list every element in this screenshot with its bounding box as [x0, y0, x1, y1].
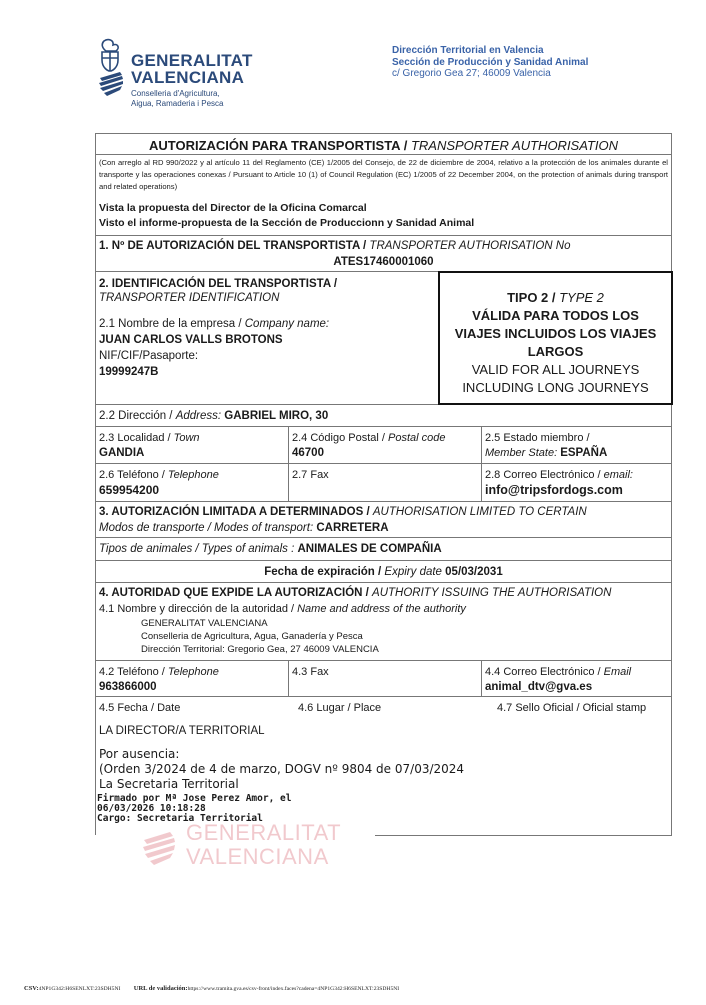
phone-label-es: 2.6 Teléfono /	[99, 469, 168, 481]
phone-cell: 2.6 Teléfono / Telephone 659954200	[96, 464, 289, 501]
town-row: 2.3 Localidad / Town GANDIA 2.4 Código P…	[95, 427, 672, 464]
authority-contact-row: 4.2 Teléfono / Telephone 963866000 4.3 F…	[95, 661, 672, 697]
member-state-cell: 2.5 Estado miembro / Member State: ESPAÑ…	[482, 427, 671, 463]
section-3-heading-es: 3. AUTORIZACIÓN LIMITADA A DETERMINADOS …	[99, 506, 373, 518]
section-4: 4. AUTORIDAD QUE EXPIDE LA AUTORIZACIÓN …	[95, 583, 672, 661]
section-1: 1. Nº DE AUTORIZACIÓN DEL TRANSPORTISTA …	[95, 236, 672, 272]
town-label-es: 2.3 Localidad /	[99, 432, 174, 444]
authorisation-number: ATES17460001060	[96, 254, 671, 270]
expiry-row: Fecha de expiración / Expiry date 05/03/…	[95, 561, 672, 583]
signature-block: 4.5 Fecha / Date 4.6 Lugar / Place 4.7 S…	[96, 697, 671, 835]
table-bottom-border	[375, 835, 672, 836]
section-4-heading-es: 4. AUTORIDAD QUE EXPIDE LA AUTORIZACIÓN …	[99, 587, 372, 599]
preamble: (Con arreglo al RD 990/2022 y al artícul…	[95, 155, 672, 236]
expiry-label-en: Expiry date	[384, 566, 445, 578]
type-line: TIPO 2 / TYPE 2	[440, 289, 671, 307]
authority-label-es: 4.1 Nombre y dirección de la autoridad /	[99, 603, 297, 615]
town-cell: 2.3 Localidad / Town GANDIA	[96, 427, 289, 463]
address-field: 2.2 Dirección / Address: GABRIEL MIRO, 3…	[96, 405, 671, 424]
valid-es-1: VÁLIDA PARA TODOS LOS	[440, 307, 671, 325]
address-value: GABRIEL MIRO, 30	[224, 410, 328, 422]
csv-code: 4NP1G342:H6SENLXT:23SDH5NI	[39, 986, 121, 992]
title-es: AUTORIZACIÓN PARA TRANSPORTISTA /	[149, 138, 411, 153]
town-value: GANDIA	[99, 446, 285, 461]
animals-field: Tipos de animales / Types of animals : A…	[96, 538, 671, 557]
postal-label-es: 2.4 Código Postal /	[292, 432, 388, 444]
date-label: 4.5 Fecha / Date	[96, 697, 295, 716]
section-1-heading-es: 1. Nº DE AUTORIZACIÓN DEL TRANSPORTISTA …	[99, 240, 369, 252]
section-1-heading: 1. Nº DE AUTORIZACIÓN DEL TRANSPORTISTA …	[96, 236, 671, 254]
validation-footer: CSV:4NP1G342:H6SENLXT:23SDH5NI URL de va…	[24, 985, 399, 992]
authority-email-label-en: Email	[604, 666, 632, 678]
contact-row: 2.6 Teléfono / Telephone 659954200 2.7 F…	[95, 464, 672, 502]
signature-watermark: GENERALITAT VALENCIANA	[140, 820, 340, 890]
town-label-en: Town	[174, 432, 200, 444]
department-header: Dirección Territorial en Valencia Secció…	[392, 45, 588, 80]
csv-label: CSV:	[24, 985, 39, 992]
valid-en-2: INCLUDING LONG JOURNEYS	[440, 379, 671, 397]
state-label-en: Member State:	[485, 447, 560, 459]
company-label-es: 2.1 Nombre de la empresa /	[99, 318, 245, 330]
authority-email-cell: 4.4 Correo Electrónico / Email animal_dt…	[482, 661, 671, 696]
modes-value: CARRETERA	[316, 522, 388, 534]
animals-row: Tipos de animales / Types of animals : A…	[95, 538, 672, 561]
authority-phone-value: 963866000	[99, 680, 285, 695]
animals-value: ANIMALES DE COMPAÑIA	[297, 543, 441, 555]
section-4-heading: 4. AUTORIDAD QUE EXPIDE LA AUTORIZACIÓN …	[96, 583, 671, 601]
postal-code-cell: 2.4 Código Postal / Postal code 46700	[289, 427, 482, 463]
logo-line-2: VALENCIANA	[131, 69, 244, 87]
email-value: info@tripsfordogs.com	[485, 483, 668, 498]
fax-cell: 2.7 Fax	[289, 464, 482, 501]
animals-label: Tipos de animales / Types of animals :	[99, 543, 297, 555]
transport-modes: Modos de transporte / Modes of transport…	[96, 520, 671, 536]
expiry-value: 05/03/2031	[445, 566, 503, 578]
logo-subtitle-2: Aigua, Ramaderia i Pesca	[131, 99, 224, 109]
fax-label: 2.7 Fax	[292, 465, 478, 483]
authority-fax-cell: 4.3 Fax	[289, 661, 482, 696]
authorisation-form: AUTORIZACIÓN PARA TRANSPORTISTA / TRANSP…	[95, 133, 672, 835]
stamp-label: 4.7 Sello Oficial / Oficial stamp	[494, 697, 671, 716]
legal-note: (Con arreglo al RD 990/2022 y al artícul…	[96, 155, 671, 195]
section-2-identification: 2. IDENTIFICACIÓN DEL TRANSPORTISTA / TR…	[95, 272, 672, 405]
state-label-es: 2.5 Estado miembro /	[485, 432, 590, 444]
authority-phone-label-en: Telephone	[168, 666, 219, 678]
title-en: TRANSPORTER AUTHORISATION	[411, 138, 618, 153]
expiry-field: Fecha de expiración / Expiry date 05/03/…	[96, 561, 671, 580]
authority-name: GENERALITAT VALENCIANA	[96, 617, 671, 630]
authority-email-value: animal_dtv@gva.es	[485, 680, 668, 695]
valid-es-3: LARGOS	[440, 343, 671, 361]
phone-label-en: Telephone	[168, 469, 219, 481]
company-label-en: Company name:	[245, 318, 329, 330]
state-value: ESPAÑA	[560, 447, 607, 459]
department-line-1: Dirección Territorial en Valencia	[392, 45, 588, 57]
section-3-heading-en: AUTHORISATION LIMITED TO CERTAIN	[373, 506, 587, 518]
address-label-es: 2.2 Dirección /	[99, 410, 176, 422]
signatory-role: LA DIRECTOR/A TERRITORIAL	[96, 723, 671, 739]
watermark-shield-icon	[140, 830, 180, 880]
authority-conselleria: Conselleria de Agricultura, Agua, Ganade…	[96, 630, 671, 643]
address-row: 2.2 Dirección / Address: GABRIEL MIRO, 3…	[95, 405, 672, 427]
modes-label: Modos de transporte / Modes of transport…	[99, 522, 316, 534]
proposal-line-2: Visto el informe-propuesta de la Sección…	[96, 216, 671, 231]
valid-es-2: VIAJES INCLUIDOS LOS VIAJES	[440, 325, 671, 343]
postal-code-value: 46700	[292, 446, 478, 461]
transporter-type-box: TIPO 2 / TYPE 2 VÁLIDA PARA TODOS LOS VI…	[438, 271, 673, 405]
postal-label-en: Postal code	[388, 432, 445, 444]
section-1-heading-en: TRANSPORTER AUTHORISATION No	[369, 240, 570, 252]
logo-subtitle-1: Conselleria d'Agricultura,	[131, 89, 220, 99]
watermark-line-2: VALENCIANA	[186, 844, 329, 870]
coat-of-arms-icon	[96, 38, 126, 100]
expiry-label-es: Fecha de expiración /	[264, 566, 384, 578]
department-address: c/ Gregorio Gea 27; 46009 Valencia	[392, 68, 588, 80]
authority-address: Dirección Territorial: Gregorio Gea, 27 …	[96, 643, 671, 656]
document-title: AUTORIZACIÓN PARA TRANSPORTISTA / TRANSP…	[95, 133, 672, 155]
address-label-en: Address:	[176, 410, 225, 422]
secretary-title: La Secretaria Territorial	[96, 777, 671, 792]
authority-email-label-es: 4.4 Correo Electrónico /	[485, 666, 604, 678]
signature-row: 4.5 Fecha / Date 4.6 Lugar / Place 4.7 S…	[95, 697, 672, 835]
section-4-heading-en: AUTHORITY ISSUING THE AUTHORISATION	[372, 587, 611, 599]
authority-phone-label-es: 4.2 Teléfono /	[99, 666, 168, 678]
email-cell: 2.8 Correo Electrónico / email: info@tri…	[482, 464, 671, 501]
validation-url-label: URL de validación:	[134, 985, 188, 992]
absence-note: Por ausencia:	[96, 747, 671, 762]
email-label-es: 2.8 Correo Electrónico /	[485, 469, 604, 481]
section-3-heading: 3. AUTORIZACIÓN LIMITADA A DETERMINADOS …	[96, 502, 671, 520]
authority-label-en: Name and address of the authority	[297, 603, 466, 615]
order-reference: (Orden 3/2024 de 4 de marzo, DOGV nº 980…	[96, 762, 671, 777]
type-es: TIPO 2 /	[507, 290, 559, 305]
email-label-en: email:	[604, 469, 633, 481]
validation-url[interactable]: https://www.tramita.gva.es/csv-front/ind…	[188, 986, 400, 992]
watermark-line-1: GENERALITAT	[186, 820, 341, 846]
place-label: 4.6 Lugar / Place	[295, 697, 494, 716]
authority-label: 4.1 Nombre y dirección de la autoridad /…	[96, 601, 671, 617]
authority-fax-label: 4.3 Fax	[292, 662, 478, 680]
type-en: TYPE 2	[559, 290, 604, 305]
proposal-line-1: Vista la propuesta del Director de la Of…	[96, 201, 671, 216]
authority-phone-cell: 4.2 Teléfono / Telephone 963866000	[96, 661, 289, 696]
department-line-2: Sección de Producción y Sanidad Animal	[392, 57, 588, 69]
phone-value: 659954200	[99, 483, 285, 498]
valid-en-1: VALID FOR ALL JOURNEYS	[440, 361, 671, 379]
section-3: 3. AUTORIZACIÓN LIMITADA A DETERMINADOS …	[95, 502, 672, 538]
generalitat-logo: GENERALITAT VALENCIANA Conselleria d'Agr…	[96, 38, 266, 114]
